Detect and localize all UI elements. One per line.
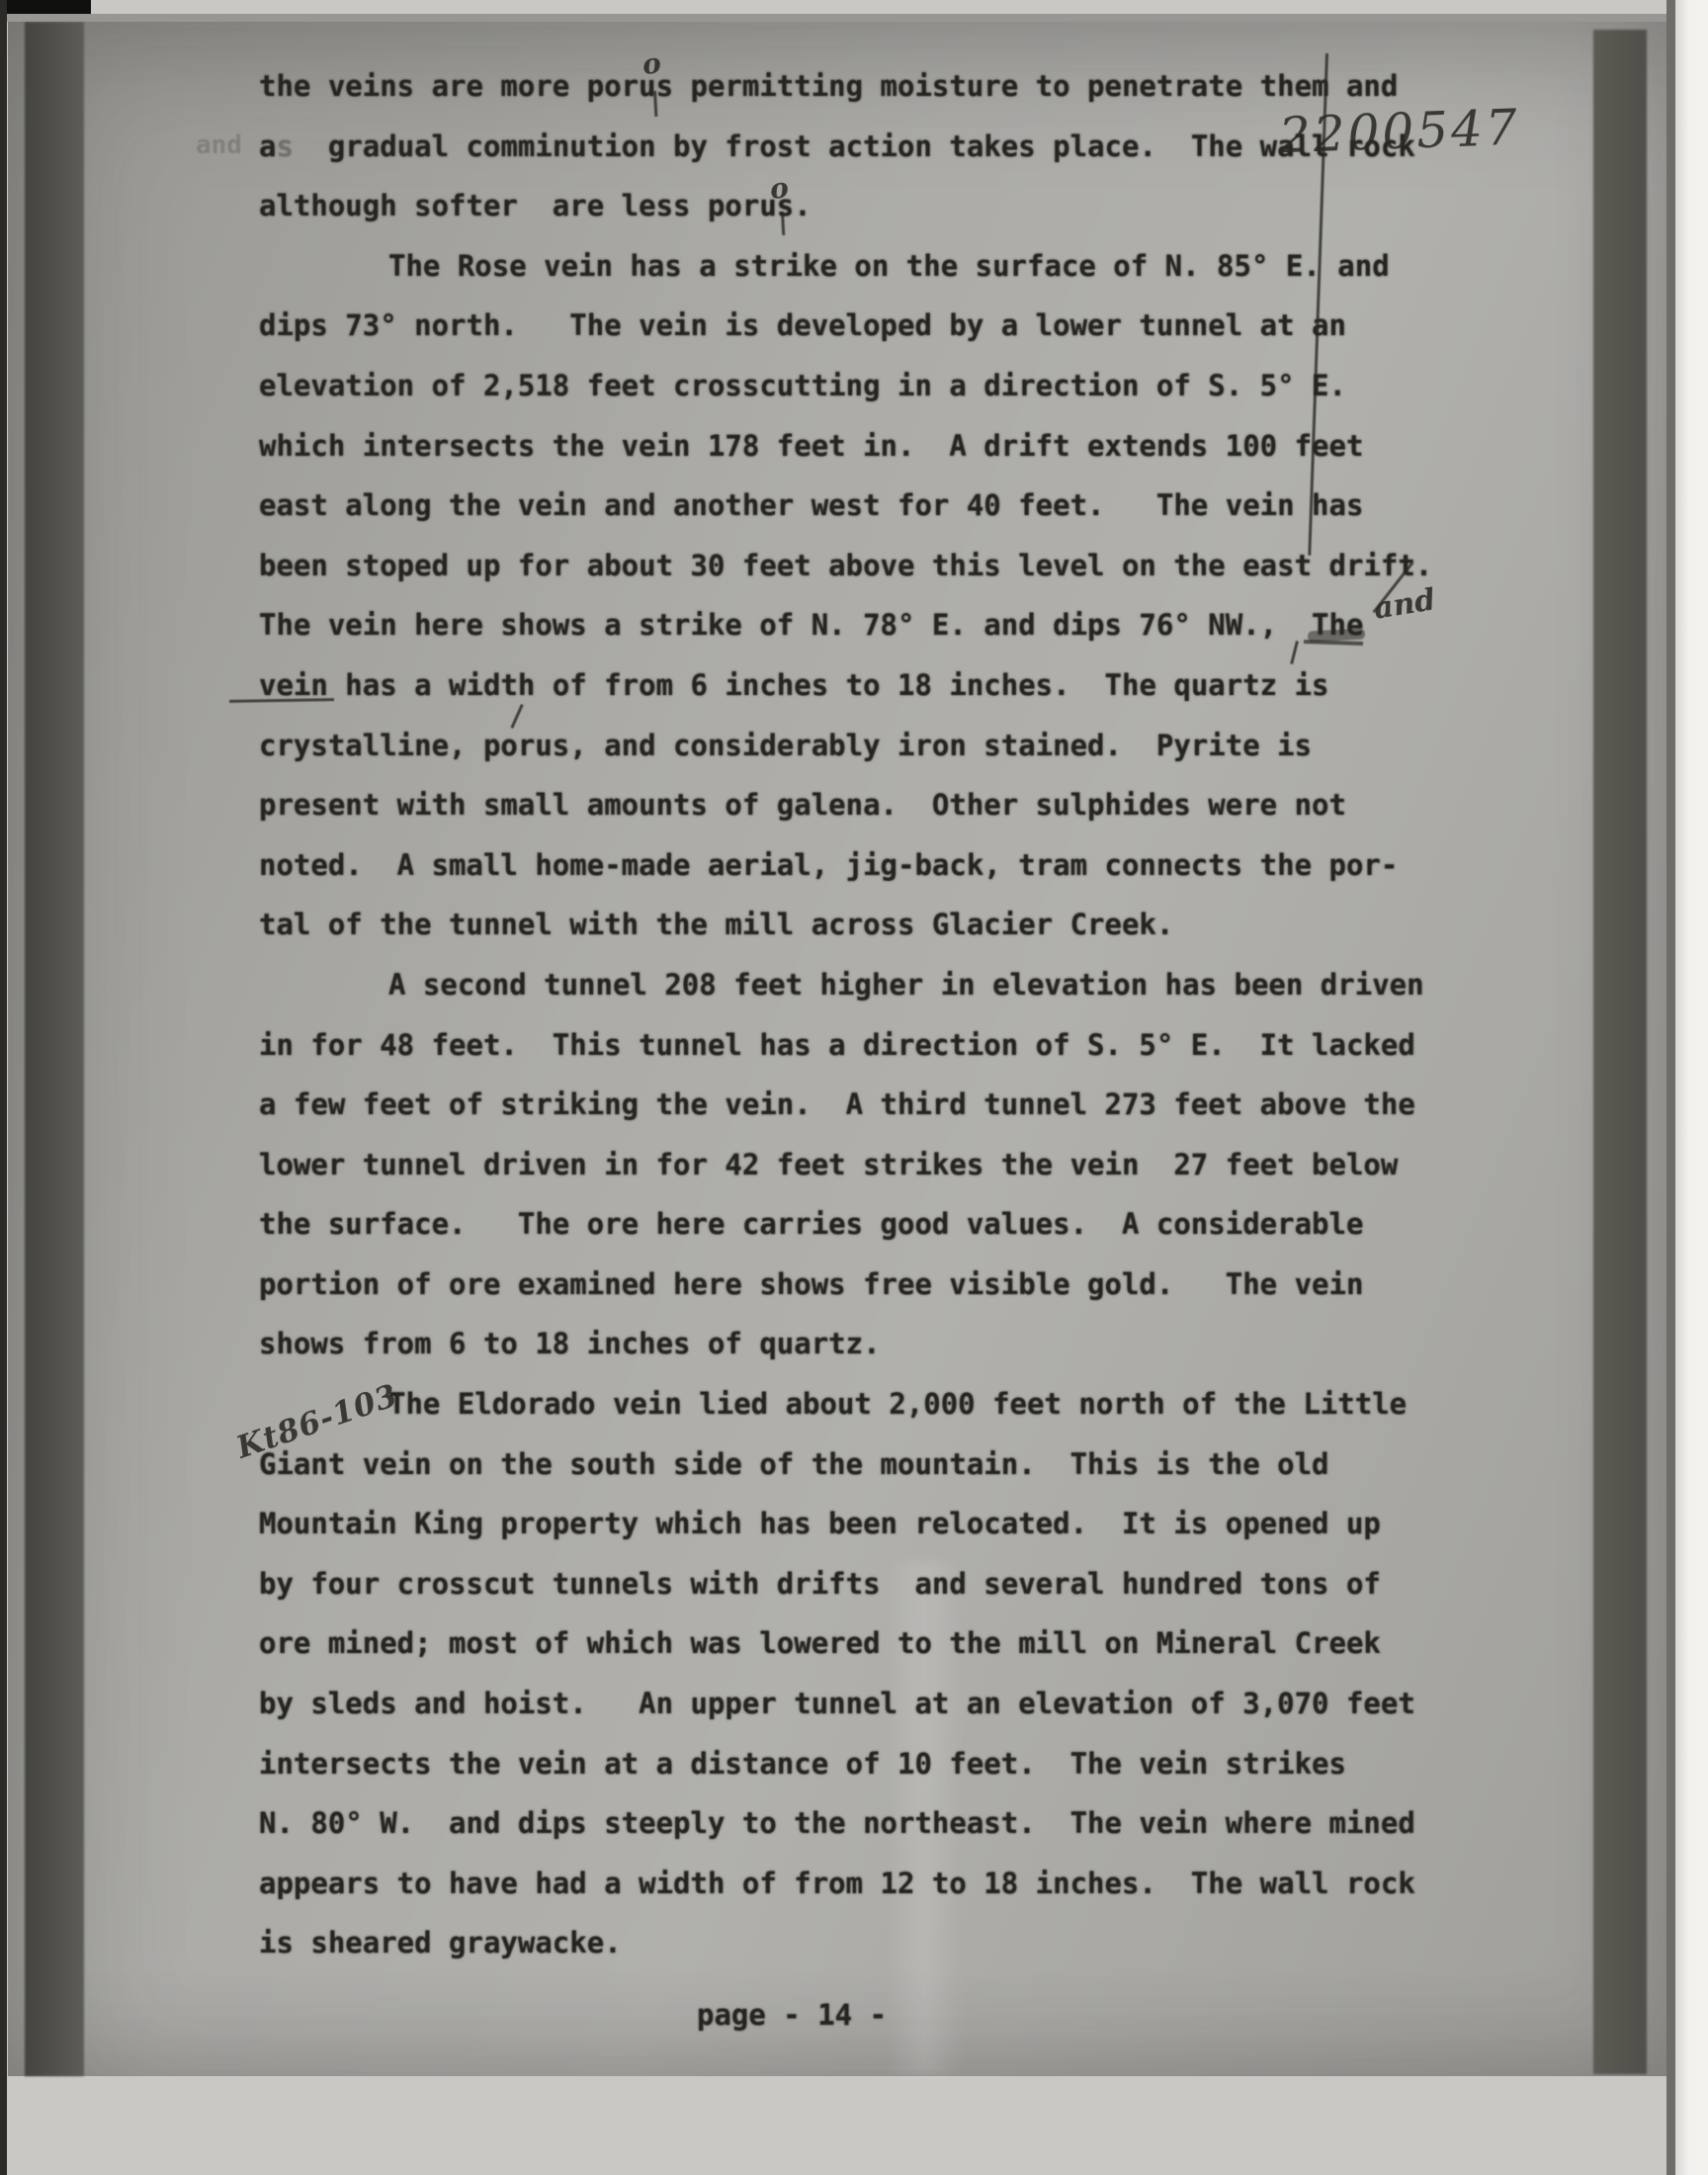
typed-text-segment: has a width of from 6 inches to 18 inche… xyxy=(328,668,1329,702)
typed-text-segment: dips 73° north. The vein is developed by… xyxy=(259,308,1346,342)
typed-line: page - 14 - xyxy=(259,1985,1504,2045)
typed-text-segment: noted. A small home-made aerial, jig-bac… xyxy=(259,848,1398,882)
typed-text-segment: appears to have had a width of from 12 t… xyxy=(259,1867,1415,1900)
typed-text-segment: is sheared graywacke. xyxy=(259,1926,622,1959)
typed-line: A second tunnel 208 feet higher in eleva… xyxy=(259,955,1504,1015)
typed-text-segment: Mountain King property which has been re… xyxy=(259,1507,1381,1540)
typed-text-segment: A second tunnel 208 feet higher in eleva… xyxy=(388,968,1424,1001)
handwritten-photo-number: 2200547 xyxy=(1278,99,1521,164)
struck-text-segment: vein xyxy=(259,668,328,702)
typed-text-segment: intersects the vein at a distance of 10 … xyxy=(259,1747,1346,1781)
scan-right-edge-line xyxy=(1666,0,1675,2175)
typed-line: the surface. The ore here carries good v… xyxy=(259,1194,1504,1255)
typed-line: The vein here shows a strike of N. 78° E… xyxy=(259,595,1504,655)
typed-line: intersects the vein at a distance of 10 … xyxy=(259,1734,1504,1794)
typed-text-segment: which intersects the vein 178 feet in. A… xyxy=(259,429,1363,463)
typed-line: The Eldorado vein lied about 2,000 feet … xyxy=(259,1374,1504,1435)
typed-text-segment: the veins are more porus permitting mois… xyxy=(259,69,1398,103)
typed-line: N. 80° W. and dips steeply to the northe… xyxy=(259,1793,1504,1854)
typed-text-segment: elevation of 2,518 feet crosscutting in … xyxy=(259,369,1346,402)
typed-line: appears to have had a width of from 12 t… xyxy=(259,1854,1504,1914)
typed-text-segment: by four crosscut tunnels with drifts and… xyxy=(259,1567,1381,1601)
typed-line: a few feet of striking the vein. A third… xyxy=(259,1075,1504,1135)
typed-text-segment: ore mined; most of which was lowered to … xyxy=(259,1626,1381,1660)
typed-line: Giant vein on the south side of the moun… xyxy=(259,1435,1504,1495)
typed-line: crystalline, porus, and considerably iro… xyxy=(259,716,1504,776)
typed-line: is sheared graywacke. xyxy=(259,1913,1504,1973)
typed-line: in for 48 feet. This tunnel has a direct… xyxy=(259,1015,1504,1076)
typed-line: by sleds and hoist. An upper tunnel at a… xyxy=(259,1674,1504,1734)
typed-line: by four crosscut tunnels with drifts and… xyxy=(259,1554,1504,1614)
typed-line: Mountain King property which has been re… xyxy=(259,1494,1504,1554)
typed-text-segment: in for 48 feet. This tunnel has a direct… xyxy=(259,1028,1415,1062)
typed-text-segment: a xyxy=(259,130,276,163)
typed-text-segment: The vein here shows a strike of N. 78° E… xyxy=(259,608,1312,642)
typed-text-segment: page - 14 - xyxy=(697,1998,887,2032)
typed-text-segment: by sleds and hoist. An upper tunnel at a… xyxy=(259,1687,1415,1720)
typed-line: ore mined; most of which was lowered to … xyxy=(259,1613,1504,1674)
ghost-pencil-word: and xyxy=(196,130,242,160)
typed-text-segment: gradual comminution by frost action take… xyxy=(294,130,1415,163)
handwritten-inserted-o: o xyxy=(640,46,662,81)
typed-line: noted. A small home-made aerial, jig-bac… xyxy=(259,835,1504,896)
typed-text-segment: The Rose vein has a strike on the surfac… xyxy=(388,249,1390,283)
typed-line: vein has a width of from 6 inches to 18 … xyxy=(259,655,1504,716)
typed-text-segment: crystalline, porus, and considerably iro… xyxy=(259,729,1312,762)
typed-line: tal of the tunnel with the mill across G… xyxy=(259,895,1504,955)
typed-line: east along the vein and another west for… xyxy=(259,476,1504,536)
scan-corner-mark xyxy=(0,0,91,14)
typed-line: although softer are less porus. xyxy=(259,176,1504,236)
scan-left-edge-line xyxy=(0,0,7,2175)
typed-text-segment: the surface. The ore here carries good v… xyxy=(259,1207,1363,1241)
page-edge-shadow-right xyxy=(1593,30,1647,2074)
scan-top-edge-line xyxy=(0,14,1675,22)
typed-text-segment: The Eldorado vein lied about 2,000 feet … xyxy=(388,1387,1407,1421)
typed-line: shows from 6 to 18 inches of quartz. xyxy=(259,1314,1504,1374)
page-edge-shadow-left xyxy=(25,22,84,2076)
typed-text-segment: lower tunnel driven in for 42 feet strik… xyxy=(259,1148,1398,1181)
faded-text-segment: s xyxy=(276,130,293,163)
typed-text-segment: east along the vein and another west for… xyxy=(259,488,1363,522)
typed-line: lower tunnel driven in for 42 feet strik… xyxy=(259,1135,1504,1195)
typed-line: which intersects the vein 178 feet in. A… xyxy=(259,416,1504,477)
typed-text-segment: shows from 6 to 18 inches of quartz. xyxy=(259,1327,881,1360)
typed-line: present with small amounts of galena. Ot… xyxy=(259,775,1504,835)
scanner-margin-right xyxy=(1675,0,1708,2175)
handwritten-inserted-o: o xyxy=(768,171,790,206)
typed-line: been stoped up for about 30 feet above t… xyxy=(259,536,1504,596)
typed-text-segment: although softer are less porus. xyxy=(259,189,811,222)
typed-text-segment: Giant vein on the south side of the moun… xyxy=(259,1447,1329,1481)
typed-text-segment: N. 80° W. and dips steeply to the northe… xyxy=(259,1806,1415,1840)
typed-text-segment: present with small amounts of galena. Ot… xyxy=(259,788,1346,822)
typed-text-segment: tal of the tunnel with the mill across G… xyxy=(259,908,1173,941)
typed-text-segment: portion of ore examined here shows free … xyxy=(259,1267,1363,1301)
typed-text-segment: a few feet of striking the vein. A third… xyxy=(259,1087,1415,1121)
typed-line: portion of ore examined here shows free … xyxy=(259,1255,1504,1315)
typed-text-segment: been stoped up for about 30 feet above t… xyxy=(259,549,1432,582)
struckheavy-text-segment: The xyxy=(1312,608,1363,642)
